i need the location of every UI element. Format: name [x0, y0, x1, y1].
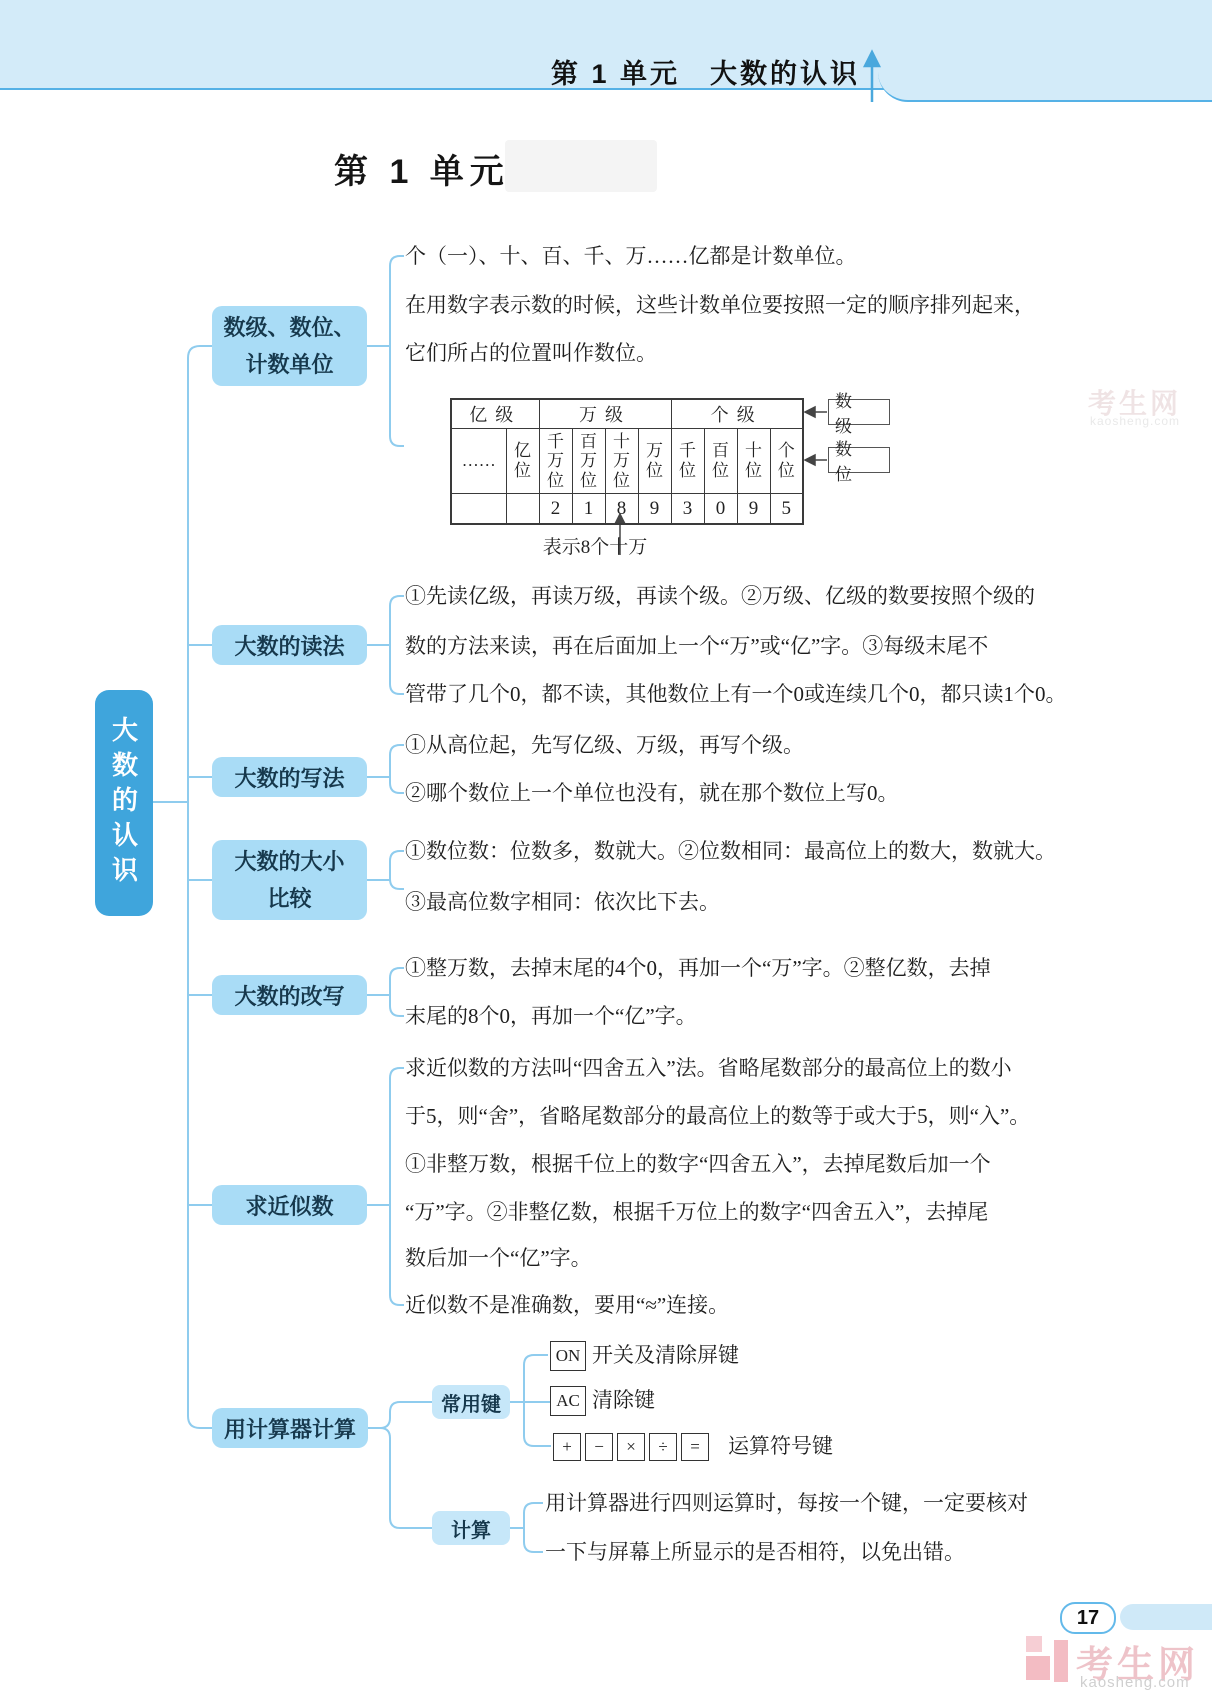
calc-key-desc: 清除键: [592, 1387, 655, 1413]
position-cell: 百万位: [572, 429, 605, 494]
calc-usage-line: 一下与屏幕上所显示的是否相符，以免出错。: [545, 1539, 965, 1565]
page-number: 17: [1060, 1602, 1116, 1634]
position-cell: 万位: [638, 429, 671, 494]
calc-key-minus: −: [585, 1433, 613, 1461]
table-digit-row: 2 1 8 9 3 0 9 5: [451, 494, 803, 525]
reading-text-line: 管带了几个0，都不读，其他数位上有一个0或连续几个0，都只读1个0。: [405, 681, 1067, 707]
watermark-faint-domain: kaosheng.com: [1090, 414, 1180, 428]
position-cell: 千位: [671, 429, 704, 494]
textbook-page: 第 1 单元 大数的认识: [0, 0, 1212, 1700]
logo-bar: [1054, 1640, 1068, 1682]
writing-text-line: ②哪个数位上一个单位也没有，就在那个数位上写0。: [405, 780, 899, 806]
reading-text-line: 数的方法来读，再在后面加上一个“万”或“亿”字。③每级末尾不: [405, 633, 988, 659]
logo-square: [1026, 1636, 1042, 1652]
mindmap-node-approx: 求近似数: [212, 1185, 367, 1225]
writing-text-line: ①从高位起，先写亿级、万级，再写个级。: [405, 732, 804, 758]
calc-key-multiply: ×: [617, 1433, 645, 1461]
kaosheng-logo-icon: [1026, 1636, 1072, 1688]
digit-cell: 2: [539, 494, 572, 525]
level-label-box: 数 级: [828, 399, 890, 425]
approx-text-line: 数后加一个“亿”字。: [405, 1245, 592, 1271]
counting-text-line: 在用数字表示数的时候，这些计数单位要按照一定的顺序排列起来，: [405, 292, 1035, 318]
level-cell: 亿级: [451, 399, 539, 429]
calc-usage-line: 用计算器进行四则运算时，每按一个键，一定要核对: [545, 1490, 1028, 1516]
mindmap-node-compare: 大数的大小 比较: [212, 840, 367, 920]
table-caption: 表示8个十万: [500, 532, 690, 559]
approx-text-line: ①非整万数，根据千位上的数字“四舍五入”，去掉尾数后加一个: [405, 1151, 991, 1177]
counting-text-line: 个（一）、十、百、千、万……亿都是计数单位。: [405, 243, 857, 269]
mindmap-node-rewrite: 大数的改写: [212, 975, 367, 1015]
calc-key-equals: =: [681, 1433, 709, 1461]
approx-text-line: 求近似数的方法叫“四舍五入”法。省略尾数部分的最高位上的数小: [405, 1055, 1012, 1081]
position-cell: 亿位: [506, 429, 539, 494]
table-position-row: …… 亿位 千万位 百万位 十万位 万位 千位 百位 十位 个位: [451, 429, 803, 494]
calc-key-on: ON: [550, 1341, 586, 1371]
faded-watermark-box: [505, 140, 657, 192]
node-label: 大数的大小: [234, 843, 344, 880]
compare-text-line: ①数位数：位数多，数就大。②位数相同：最高位上的数大，数就大。: [405, 838, 1056, 864]
position-cell: 十万位: [605, 429, 638, 494]
mindmap-node-common-keys: 常用键: [432, 1385, 510, 1419]
place-value-table: 亿级 万级 个级 …… 亿位 千万位 百万位 十万位 万位 千位 百位 十位 个…: [450, 398, 804, 525]
node-label: 比较: [234, 880, 344, 917]
digit-cell: 1: [572, 494, 605, 525]
page-title: 第 1 单元: [334, 144, 510, 193]
position-cell: 千万位: [539, 429, 572, 494]
node-label: 计数单位: [223, 346, 355, 383]
mindmap-node-counting-units: 数级、数位、 计数单位: [212, 306, 367, 386]
position-cell: 百位: [704, 429, 737, 494]
level-cell: 万级: [539, 399, 671, 429]
digit-cell: 3: [671, 494, 704, 525]
calc-key-desc: 运算符号键: [728, 1433, 833, 1459]
mindmap-node-calculator: 用计算器计算: [212, 1408, 368, 1448]
counting-text-line: 它们所占的位置叫作数位。: [405, 340, 657, 366]
digit-cell: 9: [638, 494, 671, 525]
approx-text-line: “万”字。②非整亿数，根据千万位上的数字“四舍五入”，去掉尾: [405, 1199, 988, 1225]
rewrite-text-line: ①整万数，去掉末尾的4个0，再加一个“万”字。②整亿数，去掉: [405, 955, 991, 981]
position-cell: 十位: [737, 429, 770, 494]
position-label-box: 数 位: [828, 447, 890, 473]
reading-text-line: ①先读亿级，再读万级，再读个级。②万级、亿级的数要按照个级的: [405, 583, 1035, 609]
footer-bar: [1120, 1604, 1212, 1630]
level-cell: 个级: [671, 399, 803, 429]
approx-text-line: 于5，则“舍”，省略尾数部分的最高位上的数等于或大于5，则“入”。: [405, 1103, 1030, 1129]
digit-cell: 5: [770, 494, 803, 525]
digit-cell: [506, 494, 539, 525]
calc-key-ac: AC: [550, 1386, 586, 1416]
chapter-header: 第 1 单元 大数的认识: [551, 52, 860, 91]
calc-key-desc: 开关及清除屏键: [592, 1342, 739, 1368]
calc-key-divide: ÷: [649, 1433, 677, 1461]
position-cell: ……: [451, 429, 506, 494]
calc-key-plus: +: [553, 1433, 581, 1461]
rewrite-text-line: 末尾的8个0，再加一个“亿”字。: [405, 1003, 697, 1029]
position-cell: 个位: [770, 429, 803, 494]
digit-cell: [451, 494, 506, 525]
logo-square: [1026, 1656, 1050, 1680]
approx-text-line: 近似数不是准确数，要用“≈”连接。: [405, 1292, 729, 1318]
digit-cell: 9: [737, 494, 770, 525]
table-level-row: 亿级 万级 个级: [451, 399, 803, 429]
digit-cell: 0: [704, 494, 737, 525]
mindmap-root-node: 大数的认识: [95, 690, 153, 916]
digit-cell: 8: [605, 494, 638, 525]
watermark-domain: kaosheng.com: [1080, 1674, 1190, 1691]
mindmap-node-writing: 大数的写法: [212, 757, 367, 797]
header-band-right-tab: [878, 0, 1212, 102]
node-label: 数级、数位、: [223, 309, 355, 346]
compare-text-line: ③最高位数字相同：依次比下去。: [405, 889, 720, 915]
mindmap-node-reading: 大数的读法: [212, 625, 367, 665]
mindmap-node-compute: 计算: [432, 1511, 510, 1545]
